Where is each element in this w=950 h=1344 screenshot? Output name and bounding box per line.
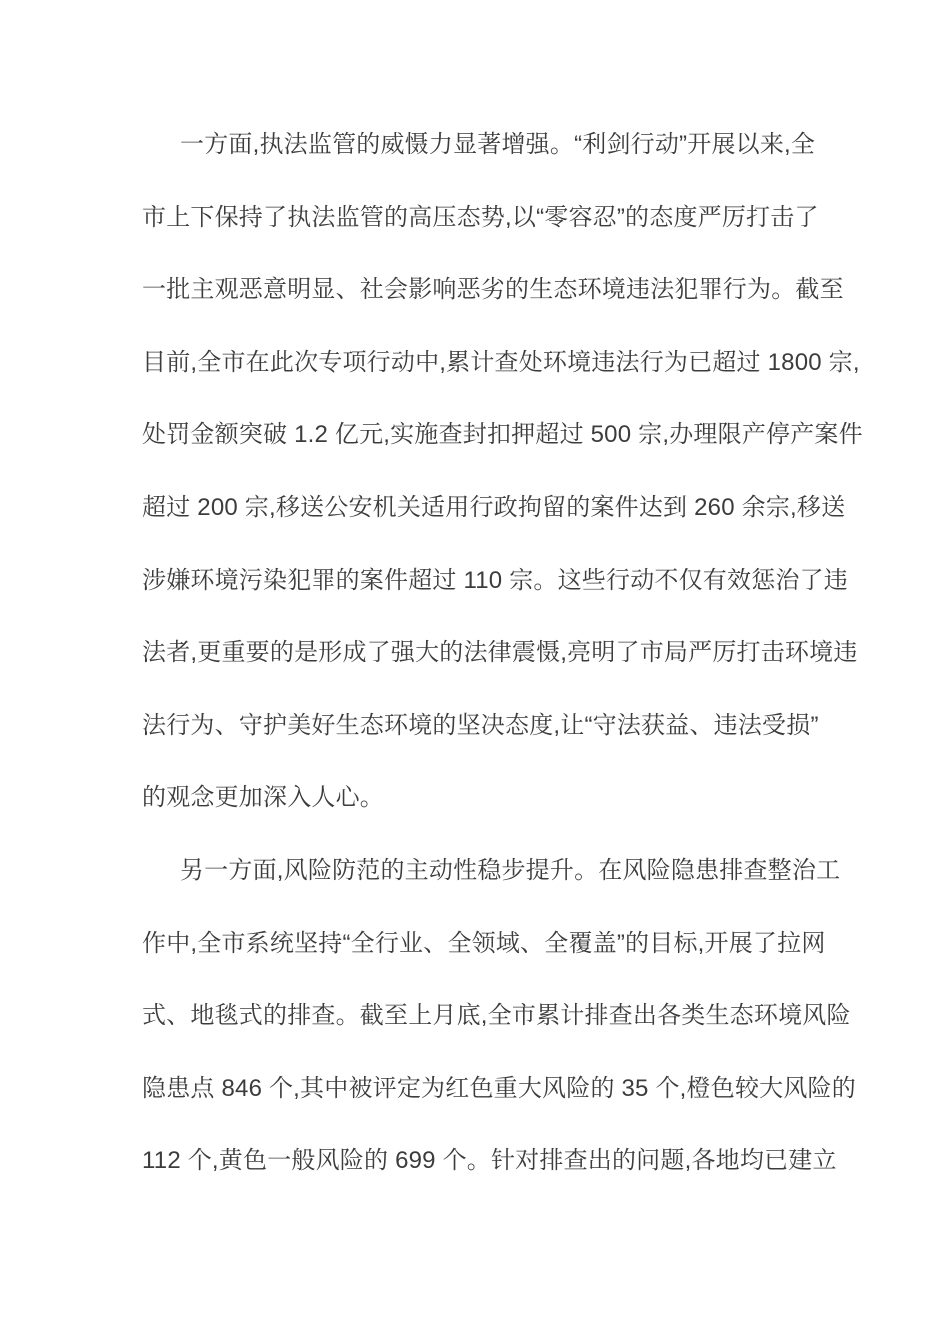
text-line: 市上下保持了执法监管的高压态势,以“零容忍”的态度严厉打击了 [142, 182, 818, 255]
document-page: 一方面,执法监管的威慑力显著增强。“利剑行动”开展以来,全市上下保持了执法监管的… [0, 0, 950, 1344]
text-line: 作中,全市系统坚持“全行业、全领域、全覆盖”的目标,开展了拉网 [142, 908, 818, 981]
text-line: 的观念更加深入人心。 [142, 762, 818, 835]
text-line: 涉嫌环境污染犯罪的案件超过 110 宗。这些行动不仅有效惩治了违 [142, 545, 818, 618]
text-line: 法者,更重要的是形成了强大的法律震慑,亮明了市局严厉打击环境违 [142, 617, 818, 690]
text-line: 法行为、守护美好生态环境的坚决态度,让“守法获益、违法受损” [142, 690, 818, 763]
paragraph-risk-prevention: 另一方面,风险防范的主动性稳步提升。在风险隐患排查整治工作中,全市系统坚持“全行… [142, 835, 818, 1198]
text-line: 一方面,执法监管的威慑力显著增强。“利剑行动”开展以来,全 [142, 109, 818, 182]
text-line: 隐患点 846 个,其中被评定为红色重大风险的 35 个,橙色较大风险的 [142, 1053, 818, 1126]
text-line: 另一方面,风险防范的主动性稳步提升。在风险隐患排查整治工 [142, 835, 818, 908]
text-line: 处罚金额突破 1.2 亿元,实施查封扣押超过 500 宗,办理限产停产案件 [142, 399, 818, 472]
document-body: 一方面,执法监管的威慑力显著增强。“利剑行动”开展以来,全市上下保持了执法监管的… [142, 109, 818, 1198]
text-line: 超过 200 宗,移送公安机关适用行政拘留的案件达到 260 余宗,移送 [142, 472, 818, 545]
text-line: 一批主观恶意明显、社会影响恶劣的生态环境违法犯罪行为。截至 [142, 254, 818, 327]
text-line: 式、地毯式的排查。截至上月底,全市累计排查出各类生态环境风险 [142, 980, 818, 1053]
text-line: 目前,全市在此次专项行动中,累计查处环境违法行为已超过 1800 宗, [142, 327, 818, 400]
paragraph-enforcement-deterrence: 一方面,执法监管的威慑力显著增强。“利剑行动”开展以来,全市上下保持了执法监管的… [142, 109, 818, 835]
text-line: 112 个,黄色一般风险的 699 个。针对排查出的问题,各地均已建立 [142, 1125, 818, 1198]
